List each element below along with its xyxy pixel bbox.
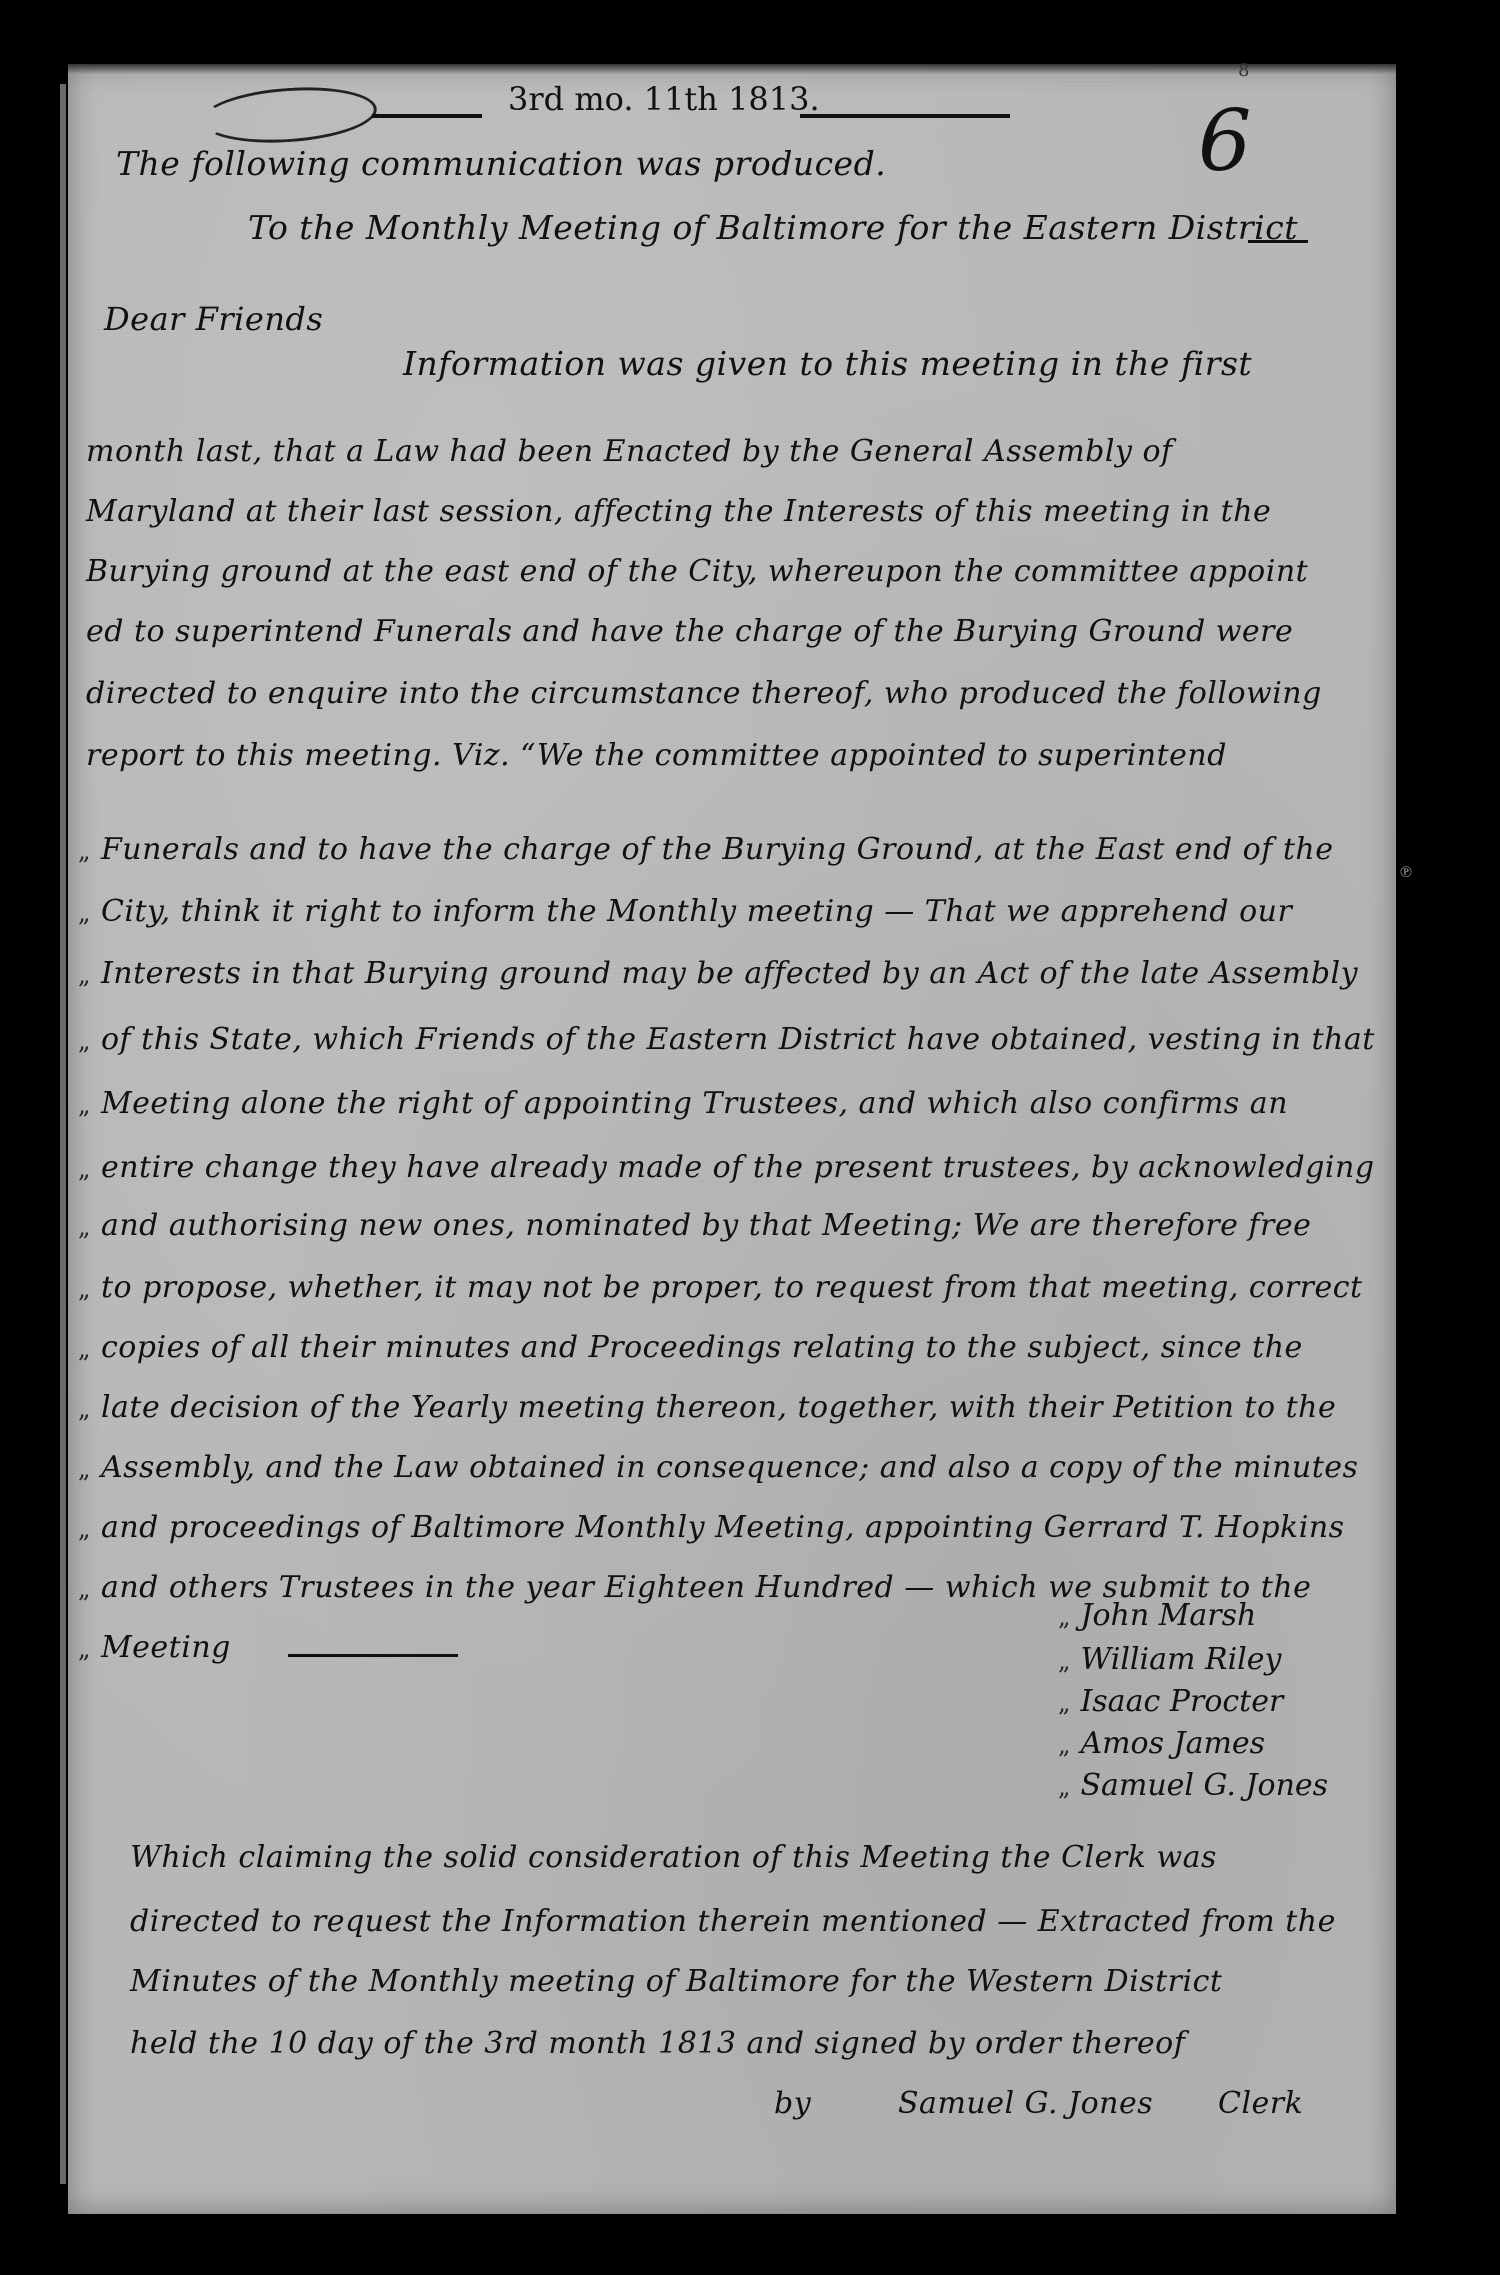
signer-name: Isaac Procter	[1080, 1684, 1283, 1719]
quote-mark: „	[78, 1575, 91, 1603]
header-rule-right	[800, 114, 1010, 118]
report-line: „and authorising new ones, nominated by …	[78, 1208, 1311, 1243]
body-line: Maryland at their last session, affectin…	[86, 494, 1271, 529]
quote-mark: „	[1058, 1603, 1070, 1631]
report-text: and proceedings of Baltimore Monthly Mee…	[101, 1510, 1345, 1545]
report-line: „and proceedings of Baltimore Monthly Me…	[78, 1510, 1345, 1545]
body-line: Burying ground at the east end of the Ci…	[86, 554, 1308, 589]
report-line: „Meeting alone the right of appointing T…	[78, 1086, 1288, 1121]
quote-mark: „	[78, 1395, 91, 1423]
paper-binding-edge	[60, 84, 66, 2184]
report-text: entire change they have already made of …	[101, 1150, 1375, 1185]
signer: „Amos James	[1058, 1726, 1265, 1761]
report-text: Meeting alone the right of appointing Tr…	[101, 1086, 1288, 1121]
manuscript-page: 3rd mo. 11th 1813. 6 8 The following com…	[68, 64, 1396, 2214]
salutation: Dear Friends	[104, 300, 323, 338]
quote-mark: „	[78, 1213, 91, 1241]
report-text: Interests in that Burying ground may be …	[101, 956, 1358, 991]
margin-mark: ℗	[1400, 862, 1412, 882]
report-line: „of this State, which Friends of the Eas…	[78, 1022, 1375, 1057]
signer: „John Marsh	[1058, 1598, 1256, 1633]
body-line: report to this meeting. Viz. “We the com…	[86, 738, 1227, 773]
closing-line: directed to request the Information ther…	[130, 1904, 1336, 1939]
address-trailing-dash	[1248, 240, 1308, 243]
report-text: copies of all their minutes and Proceedi…	[101, 1330, 1303, 1365]
header-rule-left	[372, 114, 482, 118]
signer: „William Riley	[1058, 1642, 1281, 1677]
report-text: City, think it right to inform the Month…	[101, 894, 1292, 929]
signature-prefix: by	[774, 2086, 811, 2121]
body-line: month last, that a Law had been Enacted …	[86, 434, 1173, 469]
report-line: „City, think it right to inform the Mont…	[78, 894, 1292, 929]
quote-mark: „	[78, 837, 91, 865]
report-text: to propose, whether, it may not be prope…	[101, 1270, 1363, 1305]
report-line: „copies of all their minutes and Proceed…	[78, 1330, 1303, 1365]
signature-title: Clerk	[1218, 2086, 1303, 2121]
report-text: late decision of the Yearly meeting ther…	[101, 1390, 1336, 1425]
header-flourish	[199, 82, 378, 148]
meeting-trailing-dash	[288, 1654, 458, 1657]
report-text: of this State, which Friends of the East…	[101, 1022, 1375, 1057]
signer: „Isaac Procter	[1058, 1684, 1283, 1719]
report-line: „entire change they have already made of…	[78, 1150, 1375, 1185]
report-text: Meeting	[101, 1630, 231, 1665]
quote-mark: „	[1058, 1647, 1070, 1675]
quote-mark: „	[78, 1455, 91, 1483]
signer-name: John Marsh	[1080, 1598, 1256, 1633]
report-line: „late decision of the Yearly meeting the…	[78, 1390, 1336, 1425]
report-line: „Meeting	[78, 1630, 231, 1665]
report-text: and authorising new ones, nominated by t…	[101, 1208, 1311, 1243]
page-number: 6	[1198, 92, 1251, 190]
report-text: Assembly, and the Law obtained in conseq…	[101, 1450, 1358, 1485]
quote-mark: „	[1058, 1689, 1070, 1717]
paper-top-edge	[68, 64, 1396, 74]
body-line: Information was given to this meeting in…	[403, 344, 1252, 383]
header-date: 3rd mo. 11th 1813.	[508, 80, 820, 118]
quote-mark: „	[78, 1091, 91, 1119]
report-line: „Interests in that Burying ground may be…	[78, 956, 1358, 991]
closing-line: Which claiming the solid consideration o…	[130, 1840, 1217, 1875]
body-line: directed to enquire into the circumstanc…	[86, 676, 1322, 711]
report-line: „to propose, whether, it may not be prop…	[78, 1270, 1363, 1305]
closing-line: held the 10 day of the 3rd month 1813 an…	[130, 2026, 1185, 2061]
report-line: „Funerals and to have the charge of the …	[78, 832, 1334, 867]
intro-line: The following communication was produced…	[116, 144, 886, 183]
body-line: ed to superintend Funerals and have the …	[86, 614, 1293, 649]
quote-mark: „	[1058, 1773, 1070, 1801]
quote-mark: „	[78, 1335, 91, 1363]
report-line: „Assembly, and the Law obtained in conse…	[78, 1450, 1358, 1485]
signer-name: Amos James	[1080, 1726, 1265, 1761]
quote-mark: „	[78, 1635, 91, 1663]
quote-mark: „	[78, 899, 91, 927]
corner-mark: 8	[1238, 60, 1249, 81]
closing-line: Minutes of the Monthly meeting of Baltim…	[130, 1964, 1222, 1999]
quote-mark: „	[78, 1027, 91, 1055]
quote-mark: „	[78, 961, 91, 989]
quote-mark: „	[78, 1275, 91, 1303]
quote-mark: „	[78, 1155, 91, 1183]
address-line: To the Monthly Meeting of Baltimore for …	[248, 208, 1298, 247]
quote-mark: „	[78, 1515, 91, 1543]
report-text: Funerals and to have the charge of the B…	[101, 832, 1334, 867]
signer: „Samuel G. Jones	[1058, 1768, 1328, 1803]
signer-name: William Riley	[1080, 1642, 1281, 1677]
quote-mark: „	[1058, 1731, 1070, 1759]
signature-name: Samuel G. Jones	[898, 2086, 1153, 2121]
signer-name: Samuel G. Jones	[1080, 1768, 1328, 1803]
